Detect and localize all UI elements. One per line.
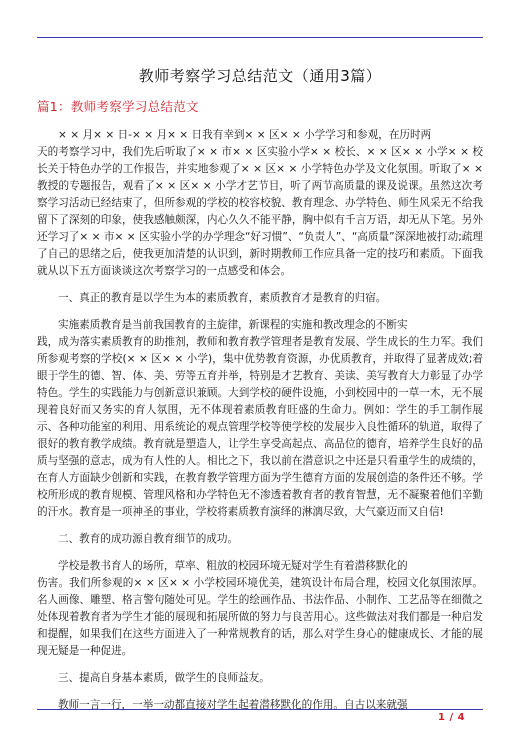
subheading-1: 一、真正的教育是以学生为本的素质教育，素质教育才是教育的归宿。 xyxy=(37,290,483,307)
paragraph-quality-education: 实施素质教育是当前我国教育的主旋律，新课程的实施和教改理念的不断实践，成为落实素… xyxy=(37,317,483,521)
document-page: 教师考察学习总结范文（通用3篇） 篇1：教师考察学习总结范文 × × 月× × … xyxy=(0,0,520,735)
page-number: 1 / 4 xyxy=(438,712,465,723)
paragraph-text: 践，成为落实素质教育的助推剂，教师和教育教学管理者是教育发展、学生成长的生力军。… xyxy=(37,336,483,518)
document-body: × × 月× × 日-× × 月× × 日我有幸到× × 区× × 小学学习和参… xyxy=(37,127,483,724)
paragraph-first-line: 实施素质教育是当前我国教育的主旋律，新课程的实施和教改理念的不断实 xyxy=(37,317,483,334)
paragraph-first-line: 学校是教书育人的场所，草率、粗放的校园环境无疑对学生有着潜移默化的 xyxy=(37,558,483,575)
document-title: 教师考察学习总结范文（通用3篇） xyxy=(0,65,520,86)
header-rule xyxy=(37,37,483,38)
paragraph-text: 伤害。我们所参观的× × 区× × 小学校园环境优美，建筑设计布局合理，校园文化… xyxy=(37,577,483,657)
footer-rule xyxy=(37,709,483,710)
paragraph-intro: × × 月× × 日-× × 月× × 日我有幸到× × 区× × 小学学习和参… xyxy=(37,127,483,280)
subheading-2: 二、教育的成功源自教育细节的成功。 xyxy=(37,531,483,548)
subheading-3: 三、提高自身基本素质，做学生的良师益友。 xyxy=(37,670,483,687)
paragraph-education-details: 学校是教书育人的场所，草率、粗放的校园环境无疑对学生有着潜移默化的伤害。我们所参… xyxy=(37,558,483,660)
paragraph-teacher-example: 教师一言一行，一举一动都直接对学生起着潜移默化的作用。自古以来就强 xyxy=(37,697,483,714)
paragraph-first-line: × × 月× × 日-× × 月× × 日我有幸到× × 区× × 小学学习和参… xyxy=(37,127,483,144)
paragraph-text: 天的考察学习中，我们先后听取了× × 市× × 区实验小学× × 校长、× × … xyxy=(37,146,483,277)
paragraph-first-line: 教师一言一行，一举一动都直接对学生起着潜移默化的作用。自古以来就强 xyxy=(37,697,483,714)
section-heading: 篇1：教师考察学习总结范文 xyxy=(37,97,199,115)
